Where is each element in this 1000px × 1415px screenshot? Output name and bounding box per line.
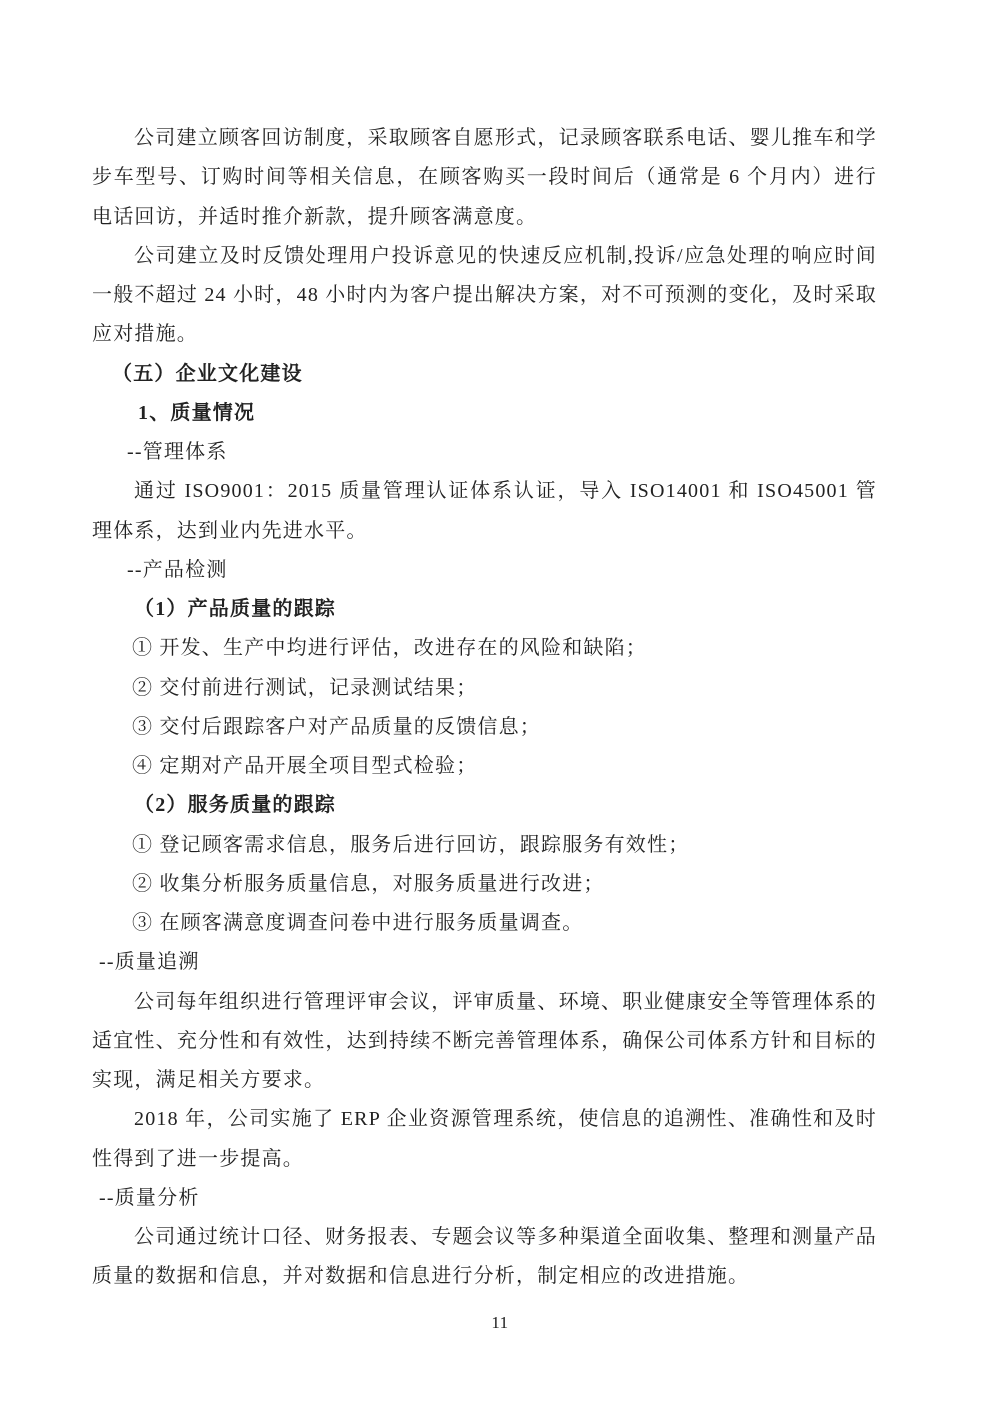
label-quality-analysis: --质量分析 xyxy=(99,1179,877,1218)
paragraph-erp-system: 2018 年，公司实施了 ERP 企业资源管理系统，使信息的追溯性、准确性和及时… xyxy=(92,1100,877,1179)
paragraph-customer-return-visit: 公司建立顾客回访制度，采取顾客自愿形式，记录顾客联系电话、婴儿推车和学步车型号、… xyxy=(92,119,877,237)
list-item-service-1: ① 登记顾客需求信息，服务后进行回访，跟踪服务有效性； xyxy=(132,826,877,865)
paragraph-management-review: 公司每年组织进行管理评审会议，评审质量、环境、职业健康安全等管理体系的适宜性、充… xyxy=(92,983,877,1101)
paragraph-quality-data-collection: 公司通过统计口径、财务报表、专题会议等多种渠道全面收集、整理和测量产品质量的数据… xyxy=(92,1218,877,1297)
list-item-service-3: ③ 在顾客满意度调查问卷中进行服务质量调查。 xyxy=(132,904,877,943)
list-item-service-2: ② 收集分析服务质量信息，对服务质量进行改进； xyxy=(132,865,877,904)
label-quality-traceability: --质量追溯 xyxy=(99,943,877,982)
paragraph-iso-certification: 通过 ISO9001：2015 质量管理认证体系认证，导入 ISO14001 和… xyxy=(92,472,877,551)
heading-corporate-culture: （五）企业文化建设 xyxy=(112,355,877,394)
document-page: 公司建立顾客回访制度，采取顾客自愿形式，记录顾客联系电话、婴儿推车和学步车型号、… xyxy=(0,0,1000,1415)
heading-product-quality-tracking: （1）产品质量的跟踪 xyxy=(134,590,877,629)
document-body: 公司建立顾客回访制度，采取顾客自愿形式，记录顾客联系电话、婴儿推车和学步车型号、… xyxy=(92,119,877,1297)
list-item-product-1: ① 开发、生产中均进行评估，改进存在的风险和缺陷； xyxy=(132,629,877,668)
heading-service-quality-tracking: （2）服务质量的跟踪 xyxy=(134,786,877,825)
paragraph-complaint-response: 公司建立及时反馈处理用户投诉意见的快速反应机制,投诉/应急处理的响应时间一般不超… xyxy=(92,237,877,355)
list-item-product-3: ③ 交付后跟踪客户对产品质量的反馈信息； xyxy=(132,708,877,747)
label-product-testing: --产品检测 xyxy=(127,551,877,590)
list-item-product-2: ② 交付前进行测试，记录测试结果； xyxy=(132,669,877,708)
label-management-system: --管理体系 xyxy=(127,433,877,472)
heading-quality-status: 1、质量情况 xyxy=(138,394,877,433)
page-number: 11 xyxy=(0,1312,1000,1334)
list-item-product-4: ④ 定期对产品开展全项目型式检验； xyxy=(132,747,877,786)
